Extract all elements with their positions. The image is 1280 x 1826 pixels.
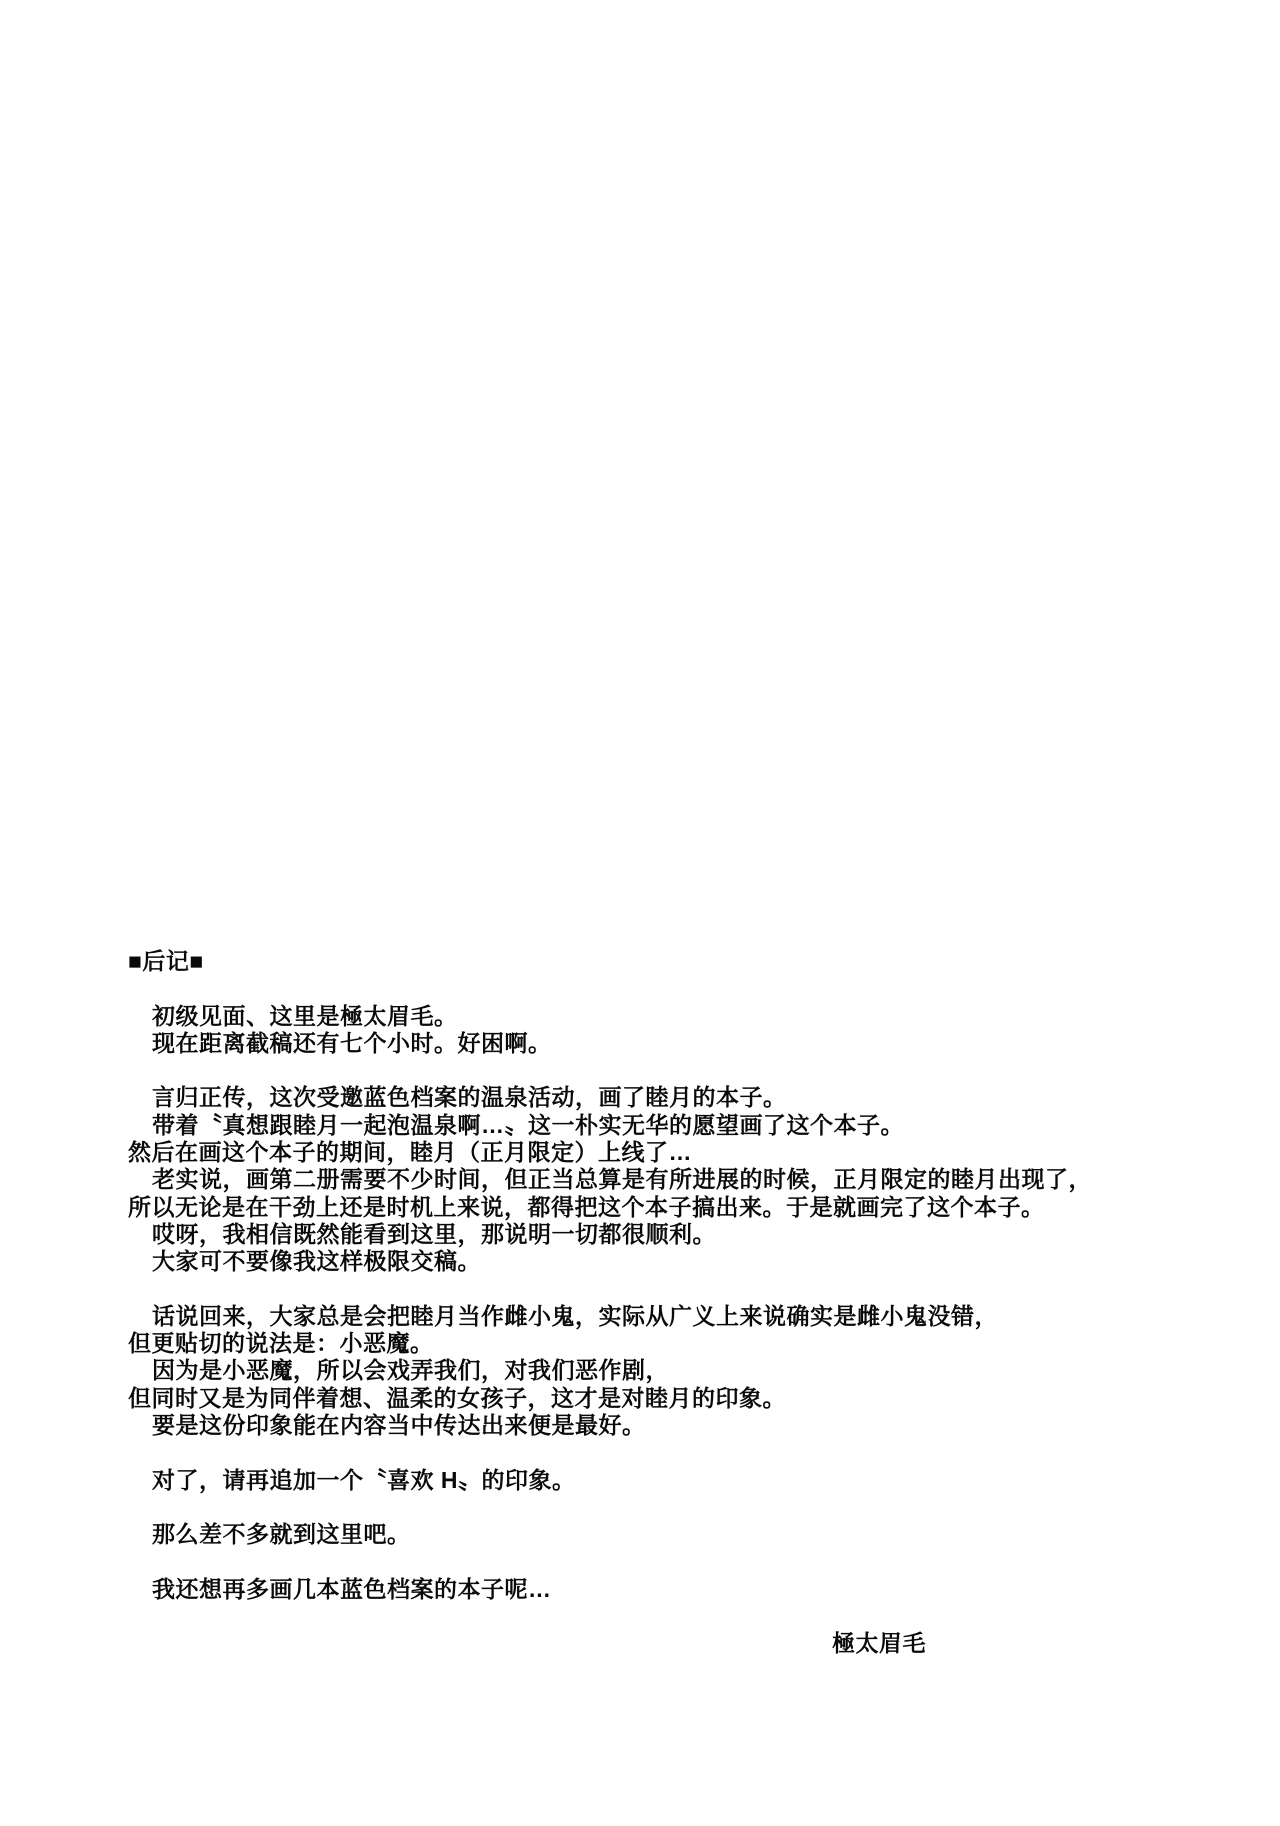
text-line: 现在距离截稿还有七个小时。好困啊。: [128, 1030, 1208, 1057]
text-line: 带着〝真想跟睦月一起泡温泉啊…〟这一朴实无华的愿望画了这个本子。: [128, 1112, 1208, 1139]
blank-line: [128, 1549, 1208, 1576]
blank-line: [128, 1603, 1208, 1630]
blank-line: [128, 975, 1208, 1002]
text-line: 所以无论是在干劲上还是时机上来说，都得把这个本子搞出来。于是就画完了这个本子。: [128, 1194, 1208, 1221]
afterword-header: ■后记■: [128, 948, 1208, 975]
text-line: 话说回来，大家总是会把睦月当作雌小鬼，实际从广义上来说确实是雌小鬼没错，: [128, 1303, 1208, 1330]
blank-line: [128, 1057, 1208, 1084]
text-line: 要是这份印象能在内容当中传达出来便是最好。: [128, 1412, 1208, 1439]
text-line: 那么差不多就到这里吧。: [128, 1521, 1208, 1548]
text-line: 老实说，画第二册需要不少时间，但正当总算是有所进展的时候，正月限定的睦月出现了，: [128, 1166, 1208, 1193]
text-line: 哎呀，我相信既然能看到这里，那说明一切都很顺利。: [128, 1221, 1208, 1248]
afterword-text-block: ■后记■ 初级见面、这里是極太眉毛。现在距离截稿还有七个小时。好困啊。 言归正传…: [128, 948, 1208, 1658]
text-line: 对了，请再追加一个〝喜欢 H〟的印象。: [128, 1467, 1208, 1494]
text-line: 初级见面、这里是極太眉毛。: [128, 1003, 1208, 1030]
text-line: 但同时又是为同伴着想、温柔的女孩子，这才是对睦月的印象。: [128, 1385, 1208, 1412]
afterword-page: ■后记■ 初级见面、这里是極太眉毛。现在距离截稿还有七个小时。好困啊。 言归正传…: [0, 0, 1280, 1826]
blank-line: [128, 1276, 1208, 1303]
text-line: 大家可不要像我这样极限交稿。: [128, 1248, 1208, 1275]
blank-line: [128, 1439, 1208, 1466]
author-signature: 極太眉毛: [128, 1630, 1208, 1657]
text-line: 因为是小恶魔，所以会戏弄我们，对我们恶作剧，: [128, 1357, 1208, 1384]
text-line: 然后在画这个本子的期间，睦月（正月限定）上线了…: [128, 1139, 1208, 1166]
text-line: 言归正传，这次受邀蓝色档案的温泉活动，画了睦月的本子。: [128, 1084, 1208, 1111]
text-line: 我还想再多画几本蓝色档案的本子呢…: [128, 1576, 1208, 1603]
blank-line: [128, 1494, 1208, 1521]
text-line: 但更贴切的说法是：小恶魔。: [128, 1330, 1208, 1357]
